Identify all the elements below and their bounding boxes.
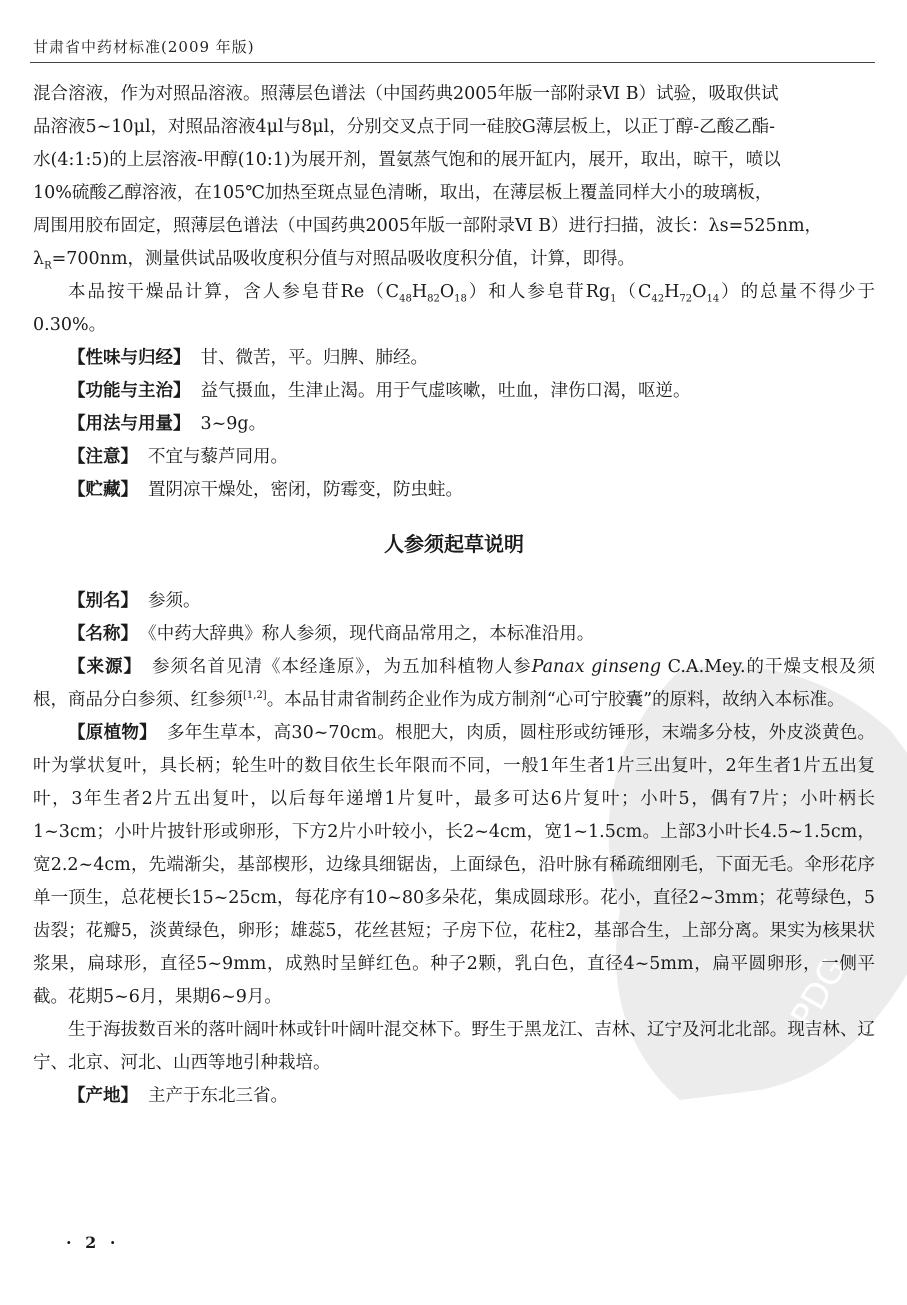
method-line: 品溶液5~10μl，对照品溶液4μl与8μl，分别交叉点于同一硅胶G薄层板上，以… (33, 111, 875, 144)
item-dosage: 【用法与用量】3~9g。 (33, 408, 875, 441)
method-line: 混合溶液，作为对照品溶液。照薄层色谱法（中国药典2005年版一部附录Ⅵ B）试验… (33, 78, 875, 111)
method-line: 周围用胶布固定，照薄层色谱法（中国药典2005年版一部附录Ⅵ B）进行扫描，波长… (33, 210, 875, 243)
section-title: 人参须起草说明 (33, 529, 875, 559)
item-alias: 【别名】参须。 (33, 585, 875, 618)
item-storage: 【贮藏】置阴凉干燥处，密闭，防霉变，防虫蛀。 (33, 474, 875, 507)
item-caution: 【注意】不宜与藜芦同用。 (33, 441, 875, 474)
running-header: 甘肃省中药材标准(2009 年版) (33, 36, 255, 57)
item-source: 【来源】参须名首见清《本经逢原》，为五加科植物人参Panax ginseng C… (33, 651, 875, 717)
content-requirement: 本品按干燥品计算，含人参皂苷Re（C48H82O18）和人参皂苷Rg1（C42H… (33, 276, 875, 342)
item-name: 【名称】《中药大辞典》称人参须，现代商品常用之，本标准沿用。 (33, 618, 875, 651)
header-divider (30, 62, 875, 63)
lambda-r-line: λR=700nm，测量供试品吸收度积分值与对照品吸收度积分值，计算，即得。 (33, 243, 875, 276)
method-line: 水(4:1:5)的上层溶液-甲醇(10:1)为展开剂，置氨蒸气饱和的展开缸内，展… (33, 144, 875, 177)
habitat-paragraph: 生于海拔数百米的落叶阔叶林或针叶阔叶混交林下。野生于黑龙江、吉林、辽宁及河北北部… (33, 1014, 875, 1080)
item-original-plant: 【原植物】多年生草本，高30~70cm。根肥大，肉质，圆柱形或纺锤形，末端多分枝… (33, 717, 875, 1014)
page-number: · 2 · (66, 1233, 119, 1252)
item-origin: 【产地】主产于东北三省。 (33, 1080, 875, 1113)
method-line: 10%硫酸乙醇溶液，在105℃加热至斑点显色清晰，取出，在薄层板上覆盖同样大小的… (33, 177, 875, 210)
page-body: 混合溶液，作为对照品溶液。照薄层色谱法（中国药典2005年版一部附录Ⅵ B）试验… (33, 78, 875, 1113)
item-function-indication: 【功能与主治】益气摄血，生津止渴。用于气虚咳嗽，吐血，津伤口渴，呕逆。 (33, 375, 875, 408)
item-taste-meridian: 【性味与归经】甘、微苦，平。归脾、肺经。 (33, 342, 875, 375)
